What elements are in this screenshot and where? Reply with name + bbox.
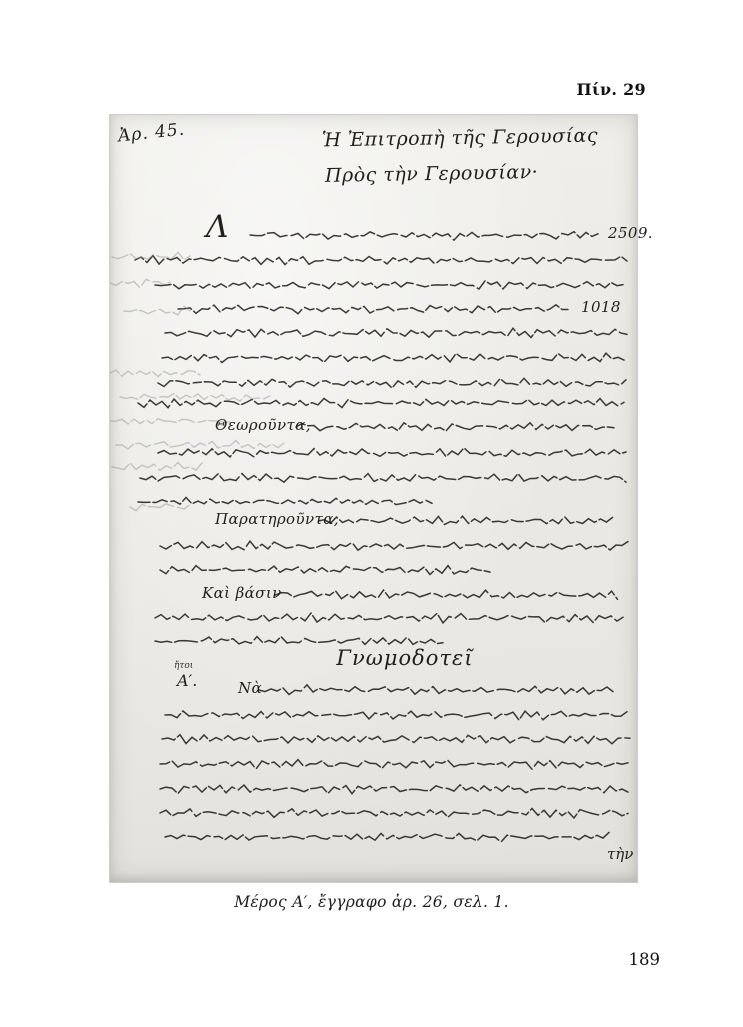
handwriting-line	[162, 735, 630, 744]
bleedthrough-ink	[110, 419, 230, 424]
book-page: Πίν. 29 Ἀρ. 45. Ἡ Ἐπιτροπὴ τῆς Γερουσίας…	[0, 0, 743, 1027]
handwriting-line	[140, 474, 626, 483]
handwriting-line	[155, 281, 623, 289]
handwriting-line	[296, 423, 614, 431]
handwriting-line	[158, 378, 626, 388]
handwriting-line	[259, 685, 613, 695]
handwriting-line	[155, 637, 443, 645]
manuscript-script-word: 1018	[581, 298, 621, 316]
bleedthrough-ink	[110, 370, 200, 377]
handwriting-layer	[110, 115, 637, 882]
manuscript-section-heading: Γνωμοδοτεῖ	[280, 646, 530, 670]
handwriting-line	[138, 399, 624, 408]
manuscript-title-line2: Πρὸς τὴν Γερουσίαν·	[325, 161, 535, 187]
page-number: 189	[629, 950, 661, 969]
manuscript-margin-note: ἤτοι	[174, 661, 193, 671]
handwriting-line	[165, 328, 627, 337]
handwriting-line	[160, 760, 628, 770]
bleedthrough-ink	[112, 463, 202, 471]
handwriting-line	[158, 448, 626, 457]
handwriting-line	[250, 232, 598, 241]
handwriting-line	[160, 541, 628, 550]
handwriting-line	[319, 516, 613, 524]
figure-caption: Μέρος Α′, ἔγγραφο ἀρ. 26, σελ. 1.	[0, 893, 743, 911]
bleedthrough-ink	[124, 306, 190, 315]
manuscript-margin-letter: Α′.	[177, 671, 197, 690]
handwriting-line	[160, 785, 628, 794]
manuscript-script-word: Καὶ βάσιν	[202, 584, 282, 602]
handwriting-line	[165, 832, 609, 842]
handwriting-line	[138, 498, 432, 505]
manuscript-scan: Ἀρ. 45. Ἡ Ἐπιτροπὴ τῆς Γερουσίας Πρὸς τὴ…	[110, 115, 637, 882]
manuscript-script-word: Νὰ	[238, 679, 262, 697]
manuscript-script-word: 2509.	[608, 224, 653, 242]
bleedthrough-ink	[130, 504, 190, 511]
manuscript-script-word: Παρατηροῦντα,	[215, 510, 339, 528]
bleedthrough-ink	[120, 393, 270, 401]
handwriting-line	[178, 305, 568, 314]
handwriting-line	[160, 809, 628, 819]
handwriting-line	[165, 711, 627, 720]
manuscript-initial-lambda: Λ	[206, 209, 228, 245]
bleedthrough-ink	[116, 441, 284, 449]
handwriting-line	[160, 566, 490, 575]
plate-label: Πίν. 29	[577, 80, 646, 99]
handwriting-line	[162, 353, 624, 362]
manuscript-catchword: τὴν	[607, 845, 633, 863]
bleedthrough-ink	[110, 279, 170, 288]
handwriting-line	[155, 613, 623, 623]
handwriting-line	[135, 256, 627, 265]
manuscript-script-word: Θεωροῦντα,	[215, 416, 311, 434]
handwriting-line	[276, 590, 618, 599]
